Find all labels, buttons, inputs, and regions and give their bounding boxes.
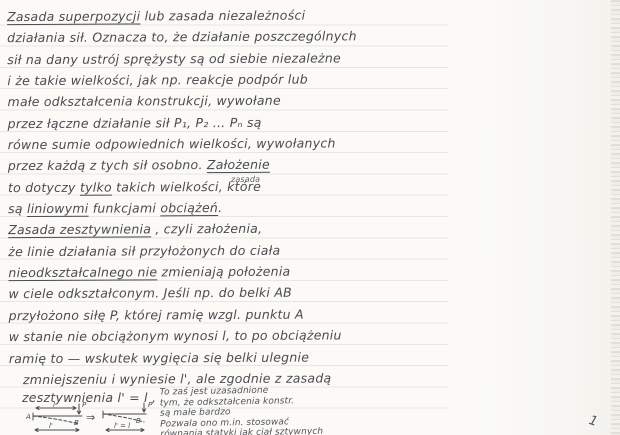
text-segment: nieodkształcalnego nie: [8, 264, 157, 280]
text-segment: funkcjami: [88, 200, 160, 215]
handwritten-line-7: równe sumie odpowiednich wielkości, wywo…: [8, 132, 444, 156]
handwritten-line-6: przez łączne działanie sił P₁, P₂ … Pₙ s…: [8, 111, 444, 135]
handwritten-line-2: działania sił. Oznacza to, że działanie …: [7, 25, 443, 49]
handwritten-line-5: małe odkształcenia konstrukcji, wywołane: [7, 89, 443, 113]
handwritten-line-16: w stanie nie obciążonym wynosi l, to po …: [9, 324, 445, 348]
text-segment: .: [218, 200, 222, 215]
text-segment: działania sił. Oznacza to, że działanie …: [7, 29, 357, 46]
text-segment: Zasada superpozycji: [7, 8, 140, 24]
inline-annotation: zasada: [231, 169, 260, 190]
text-segment: w ciele odkształconym. Jeśli np. do belk…: [8, 285, 292, 301]
notebook-page: Zasada superpozycji lub zasada niezależn…: [0, 0, 620, 435]
scan-edge-artifact: [611, 0, 620, 435]
text-segment: małe odkształcenia konstrukcji, wywołane: [7, 93, 280, 109]
text-segment: Założeniezasada: [207, 157, 270, 172]
handwritten-line-15: przyłożono siłę P, której ramię wzgl. pu…: [9, 303, 445, 327]
text-segment: obciążeń: [160, 200, 218, 215]
handwritten-line-8: przez każdą z tych sił osobno. Założenie…: [8, 153, 444, 177]
text-segment: lub zasada niezależności: [140, 8, 305, 24]
handwritten-text: Zasada superpozycji lub zasada niezależn…: [7, 4, 445, 390]
dimension-label-equal: l' = l: [114, 422, 130, 430]
text-segment: sił na dany ustrój sprężysty są od siebi…: [7, 50, 341, 67]
text-segment: to dotyczy: [8, 180, 80, 195]
deflected-beam-line: [33, 416, 79, 424]
dimension-line-top: [36, 406, 76, 409]
text-segment: liniowymi: [27, 201, 89, 216]
text-segment: równe sumie odpowiednich wielkości, wywo…: [8, 135, 336, 152]
force-label-p2: P: [148, 401, 153, 409]
text-segment: że linie działania sił przyłożonych do c…: [8, 242, 280, 258]
text-segment: w stanie nie obciążonym wynosi l, to po …: [9, 328, 342, 345]
implies-arrow: ⇒: [86, 411, 95, 424]
text-segment: Zasada zesztywnienia: [8, 222, 151, 238]
dimension-label-l-prime: l': [49, 422, 53, 430]
beam-sketch-diagram: A l P B l' ⇒ P B l' = l: [26, 401, 166, 435]
text-segment: zmieniają położenia: [157, 264, 290, 280]
text-segment: tylko: [80, 179, 112, 194]
text-segment: przez łączne działanie sił P₁, P₂ … Pₙ s…: [8, 115, 262, 131]
handwritten-line-9: to dotyczy tylko takich wielkości, które: [8, 175, 444, 199]
handwritten-line-12: że linie działania sił przyłożonych do c…: [8, 239, 444, 263]
dimension-line-bottom: [35, 428, 79, 431]
text-segment: przyłożono siłę P, której ramię wzgl. pu…: [9, 306, 304, 323]
margin-note: To zaś jest uzasadnionetym, że odkształc…: [160, 384, 341, 435]
beam-label-a: A: [26, 413, 31, 421]
handwritten-line-13: nieodkształcalnego nie zmieniają położen…: [8, 260, 444, 284]
text-segment: są: [8, 201, 27, 216]
text-segment: , czyli założenia,: [151, 221, 262, 237]
handwritten-line-4: i że takie wielkości, jak np. reakcje po…: [7, 68, 443, 92]
handwritten-line-10: są liniowymi funkcjami obciążeń.: [8, 196, 444, 220]
handwritten-line-17: ramię to — wskutek wygięcia się belki ul…: [9, 345, 445, 369]
text-segment: i że takie wielkości, jak np. reakcje po…: [7, 72, 308, 89]
text-segment: ramię to — wskutek wygięcia się belki ul…: [9, 349, 309, 366]
handwritten-line-14: w ciele odkształconym. Jeśli np. do belk…: [8, 281, 444, 305]
force-label-p: P: [82, 401, 87, 409]
dimension-label-l: l: [53, 401, 55, 409]
page-mark: 1: [587, 413, 600, 430]
handwritten-line-11: Zasada zesztywnienia , czyli założenia,: [8, 217, 444, 241]
handwritten-line-3: sił na dany ustrój sprężysty są od siebi…: [7, 47, 443, 71]
text-segment: przez każdą z tych sił osobno.: [8, 158, 207, 174]
handwritten-line-1: Zasada superpozycji lub zasada niezależn…: [7, 4, 443, 28]
